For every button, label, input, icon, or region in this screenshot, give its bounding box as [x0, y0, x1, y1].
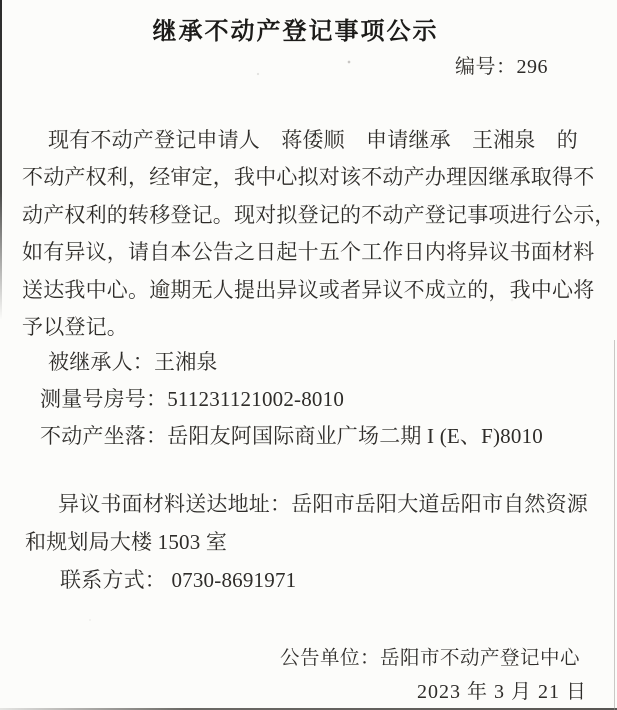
objection-address-line-1: 异议书面材料送达地址：岳阳市岳阳大道岳阳市自然资源 — [22, 485, 604, 523]
notice-document: 继承不动产登记事项公示 编号：296 现有不动产登记申请人 蒋倭顺 申请继承 王… — [0, 0, 617, 710]
property-details: 被继承人：王湘泉 测量号房号：511231121002-8010 不动产坐落：岳… — [40, 344, 543, 456]
scan-edge-left-artifact — [0, 0, 2, 320]
property-location-line: 不动产坐落：岳阳友阿国际商业广场二期 I (E、F)8010 — [40, 418, 543, 455]
scan-edge-right-artifact — [614, 340, 615, 710]
objection-contact-block: 异议书面材料送达地址：岳阳市岳阳大道岳阳市自然资源 和规划局大楼 1503 室 … — [22, 485, 604, 599]
survey-number-line: 测量号房号：511231121002-8010 — [40, 381, 543, 418]
body-line: 如有异议，请自本公告之日起十五个工作日内将异议书面材料 — [22, 234, 604, 271]
issuing-authority: 公告单位：岳阳市不动产登记中心 — [280, 642, 580, 670]
decedent-line: 被继承人：王湘泉 — [40, 344, 543, 381]
body-line: 予以登记。 — [22, 309, 604, 346]
body-line: 送达我中心。逾期无人提出异议或者异议不成立的，我中心将 — [22, 272, 604, 309]
issue-date: 2023 年 3 月 21 日 — [417, 675, 587, 704]
notice-title: 继承不动产登记事项公示 — [0, 11, 617, 46]
notice-body-paragraph: 现有不动产登记申请人 蒋倭顺 申请继承 王湘泉 的 不动产权利，经审定，我中心拟… — [22, 122, 604, 346]
body-line: 不动产权利，经审定，我中心拟对该不动产办理因继承取得不 — [22, 159, 604, 196]
contact-phone-line: 联系方式： 0730-8691971 — [22, 561, 604, 599]
body-line: 动产权利的转移登记。现对拟登记的不动产登记事项进行公示， — [22, 197, 604, 234]
doc-number: 编号：296 — [455, 50, 548, 79]
body-line: 现有不动产登记申请人 蒋倭顺 申请继承 王湘泉 的 — [22, 122, 604, 159]
objection-address-line-2: 和规划局大楼 1503 室 — [22, 523, 604, 561]
